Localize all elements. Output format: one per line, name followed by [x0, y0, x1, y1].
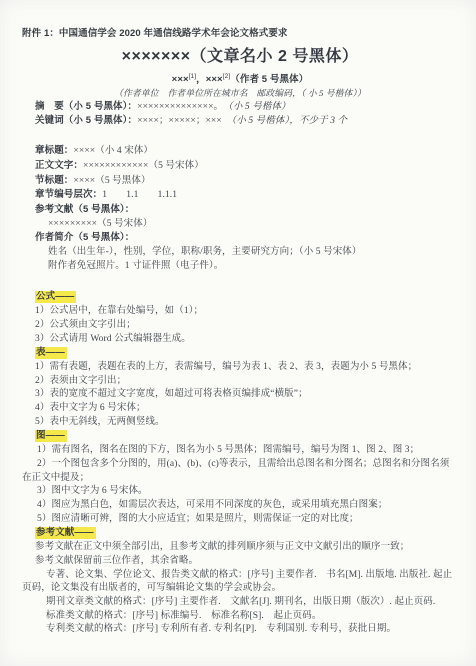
rule-chapter-title: 章标题：××××（小 4 宋体） [22, 144, 458, 159]
keywords-line: 关键词（小 5 号黑体）：××××；×××××；××× （小 5 号楷体），不少… [22, 114, 458, 129]
abstract-line: 摘 要（小 5 号黑体）：××××××××××××××。 （小 5 号楷体） [22, 100, 458, 115]
formula-item-1: 1）公式居中，在靠右处编号，如（1）； [22, 305, 458, 319]
rule-author-bio-label: 作者简介（5 号黑体）： [22, 231, 458, 246]
section-references-heading: 参考文献—— [22, 526, 458, 541]
format-rules: 章标题：××××（小 4 宋体） 正文文字：××××××××××××（5 号宋体… [22, 144, 458, 273]
spacer [22, 129, 458, 144]
keywords-label: 关键词（小 5 号黑体）： [35, 115, 137, 126]
rule-references-label: 参考文献（5 号黑体）： [22, 203, 458, 218]
abstract-font-note: （小 5 号楷体） [218, 102, 290, 112]
references-paragraph-2: 参考文献保留前三位作者，其余省略。 [22, 555, 458, 569]
references-format-monograph: 专著、论文集、学位论文、报告类文献的格式：[序号] 主要作者. 书名[M]. 出… [22, 569, 458, 596]
author-separator: ， [196, 74, 206, 85]
affiliation-line: （作者单位 作者单位所在城市名 邮政编码，（ 小 5 号楷体）） [22, 87, 458, 100]
section-formula-heading: 公式—— [22, 290, 458, 305]
paper-title: ×××××××（文章名小 2 号黑体） [22, 46, 458, 68]
abstract-placeholder: ××××××××××××××。 [137, 102, 218, 112]
rule-body-text: 正文文字：××××××××××××（5 号宋体） [22, 159, 458, 174]
keywords-placeholder: ××××；×××××；××× [137, 116, 222, 126]
section-figure-heading: 图—— [22, 429, 458, 444]
formula-item-2: 2）公式须由文字引出； [22, 319, 458, 333]
document-page: 附件 1：中国通信学会 2020 年通信线路学术年会论文格式要求 ×××××××… [0, 0, 476, 666]
figure-item-1: 1）需有图名，图名在图的下方，图名为小 5 号黑体；图需编号，编号为图 1、图 … [22, 444, 458, 458]
rule-author-photo: 附作者免冠照片。1 寸证件照（电子件）。 [22, 260, 458, 274]
section-formula: 公式—— 1）公式居中，在靠右处编号，如（1）； 2）公式须由文字引出； 3）公… [22, 290, 458, 346]
table-item-1: 1）需有表题，表题在表的上方，表需编号，编号为表 1、表 2、表 3，表题为小 … [22, 361, 458, 375]
authors-font-note: （作者 5 号黑体） [230, 74, 308, 85]
rule-section-title: 节标题：××××（5 号黑体） [22, 174, 458, 189]
author-2: ××× [206, 74, 223, 85]
formula-item-3: 3）公式请用 Word 公式编辑器生成。 [22, 333, 458, 347]
abstract-label: 摘 要（小 5 号黑体）： [35, 101, 137, 112]
references-format-patent: 专利类文献的格式：[序号] 专利所有者. 专利名[P]. 专利国别. 专利号，获… [22, 623, 458, 637]
table-item-3: 3）表的宽度不超过文字宽度，如超过可将表格页编排成“横版”； [22, 388, 458, 402]
section-table-heading: 表—— [22, 346, 458, 361]
figure-item-4: 4）图应为黑白色，如需层次表达，可采用不同深度的灰色，或采用填充黑白图案； [22, 499, 458, 513]
section-references: 参考文献—— 参考文献在正文中须全部引出，且参考文献的排列顺序须与正文中文献引出… [22, 526, 458, 637]
figure-item-5: 5）图应清晰可辨，图的大小应适宜；如果是照片，则需保证一定的对比度； [22, 513, 458, 527]
section-figure: 图—— 1）需有图名，图名在图的下方，图名为小 5 号黑体；图需编号，编号为图 … [22, 429, 458, 526]
references-format-journal: 期刊文章类文献的格式：[序号] 主要作者. 文献名[J]. 期刊名，出版日期（版… [22, 596, 458, 610]
attachment-heading: 附件 1：中国通信学会 2020 年通信线路学术年会论文格式要求 [22, 27, 458, 41]
table-item-2: 2）表须由文字引出； [22, 375, 458, 389]
rule-author-bio-content: 姓名（出生年-），性别，学位，职称/职务，主要研究方向；（小 5 号宋体） [22, 246, 458, 260]
references-paragraph-1: 参考文献在正文中须全部引出，且参考文献的排列顺序须与正文中文献引出的顺序一致； [22, 541, 458, 555]
rule-numbering-levels: 章节编号层次：1 1.1 1.1.1 [22, 188, 458, 203]
keywords-font-note: （小 5 号楷体），不少于 3 个 [222, 116, 347, 126]
authors-line: ×××[1]，×××[2]（作者 5 号黑体） [22, 73, 458, 87]
rule-references-placeholder: ×××××××××（5 号宋体） [22, 218, 458, 232]
section-table: 表—— 1）需有表题，表题在表的上方，表需编号，编号为表 1、表 2、表 3，表… [22, 346, 458, 429]
table-item-4: 4）表中文字为 6 号宋体； [22, 402, 458, 416]
table-item-5: 5）表中无斜线，无两侧竖线。 [22, 416, 458, 430]
author-1: ××× [172, 74, 189, 85]
references-format-standard: 标准类文献的格式：[序号] 标准编号. 标准名称[S]. 起止页码。 [22, 610, 458, 624]
spacer [22, 273, 458, 290]
figure-item-2: 2）一个图包含多个分图的，用(a)、(b)、(c)等表示，且需给出总图名和分图名… [22, 458, 458, 485]
figure-item-3: 3）图中文字为 6 号宋体。 [22, 485, 458, 499]
